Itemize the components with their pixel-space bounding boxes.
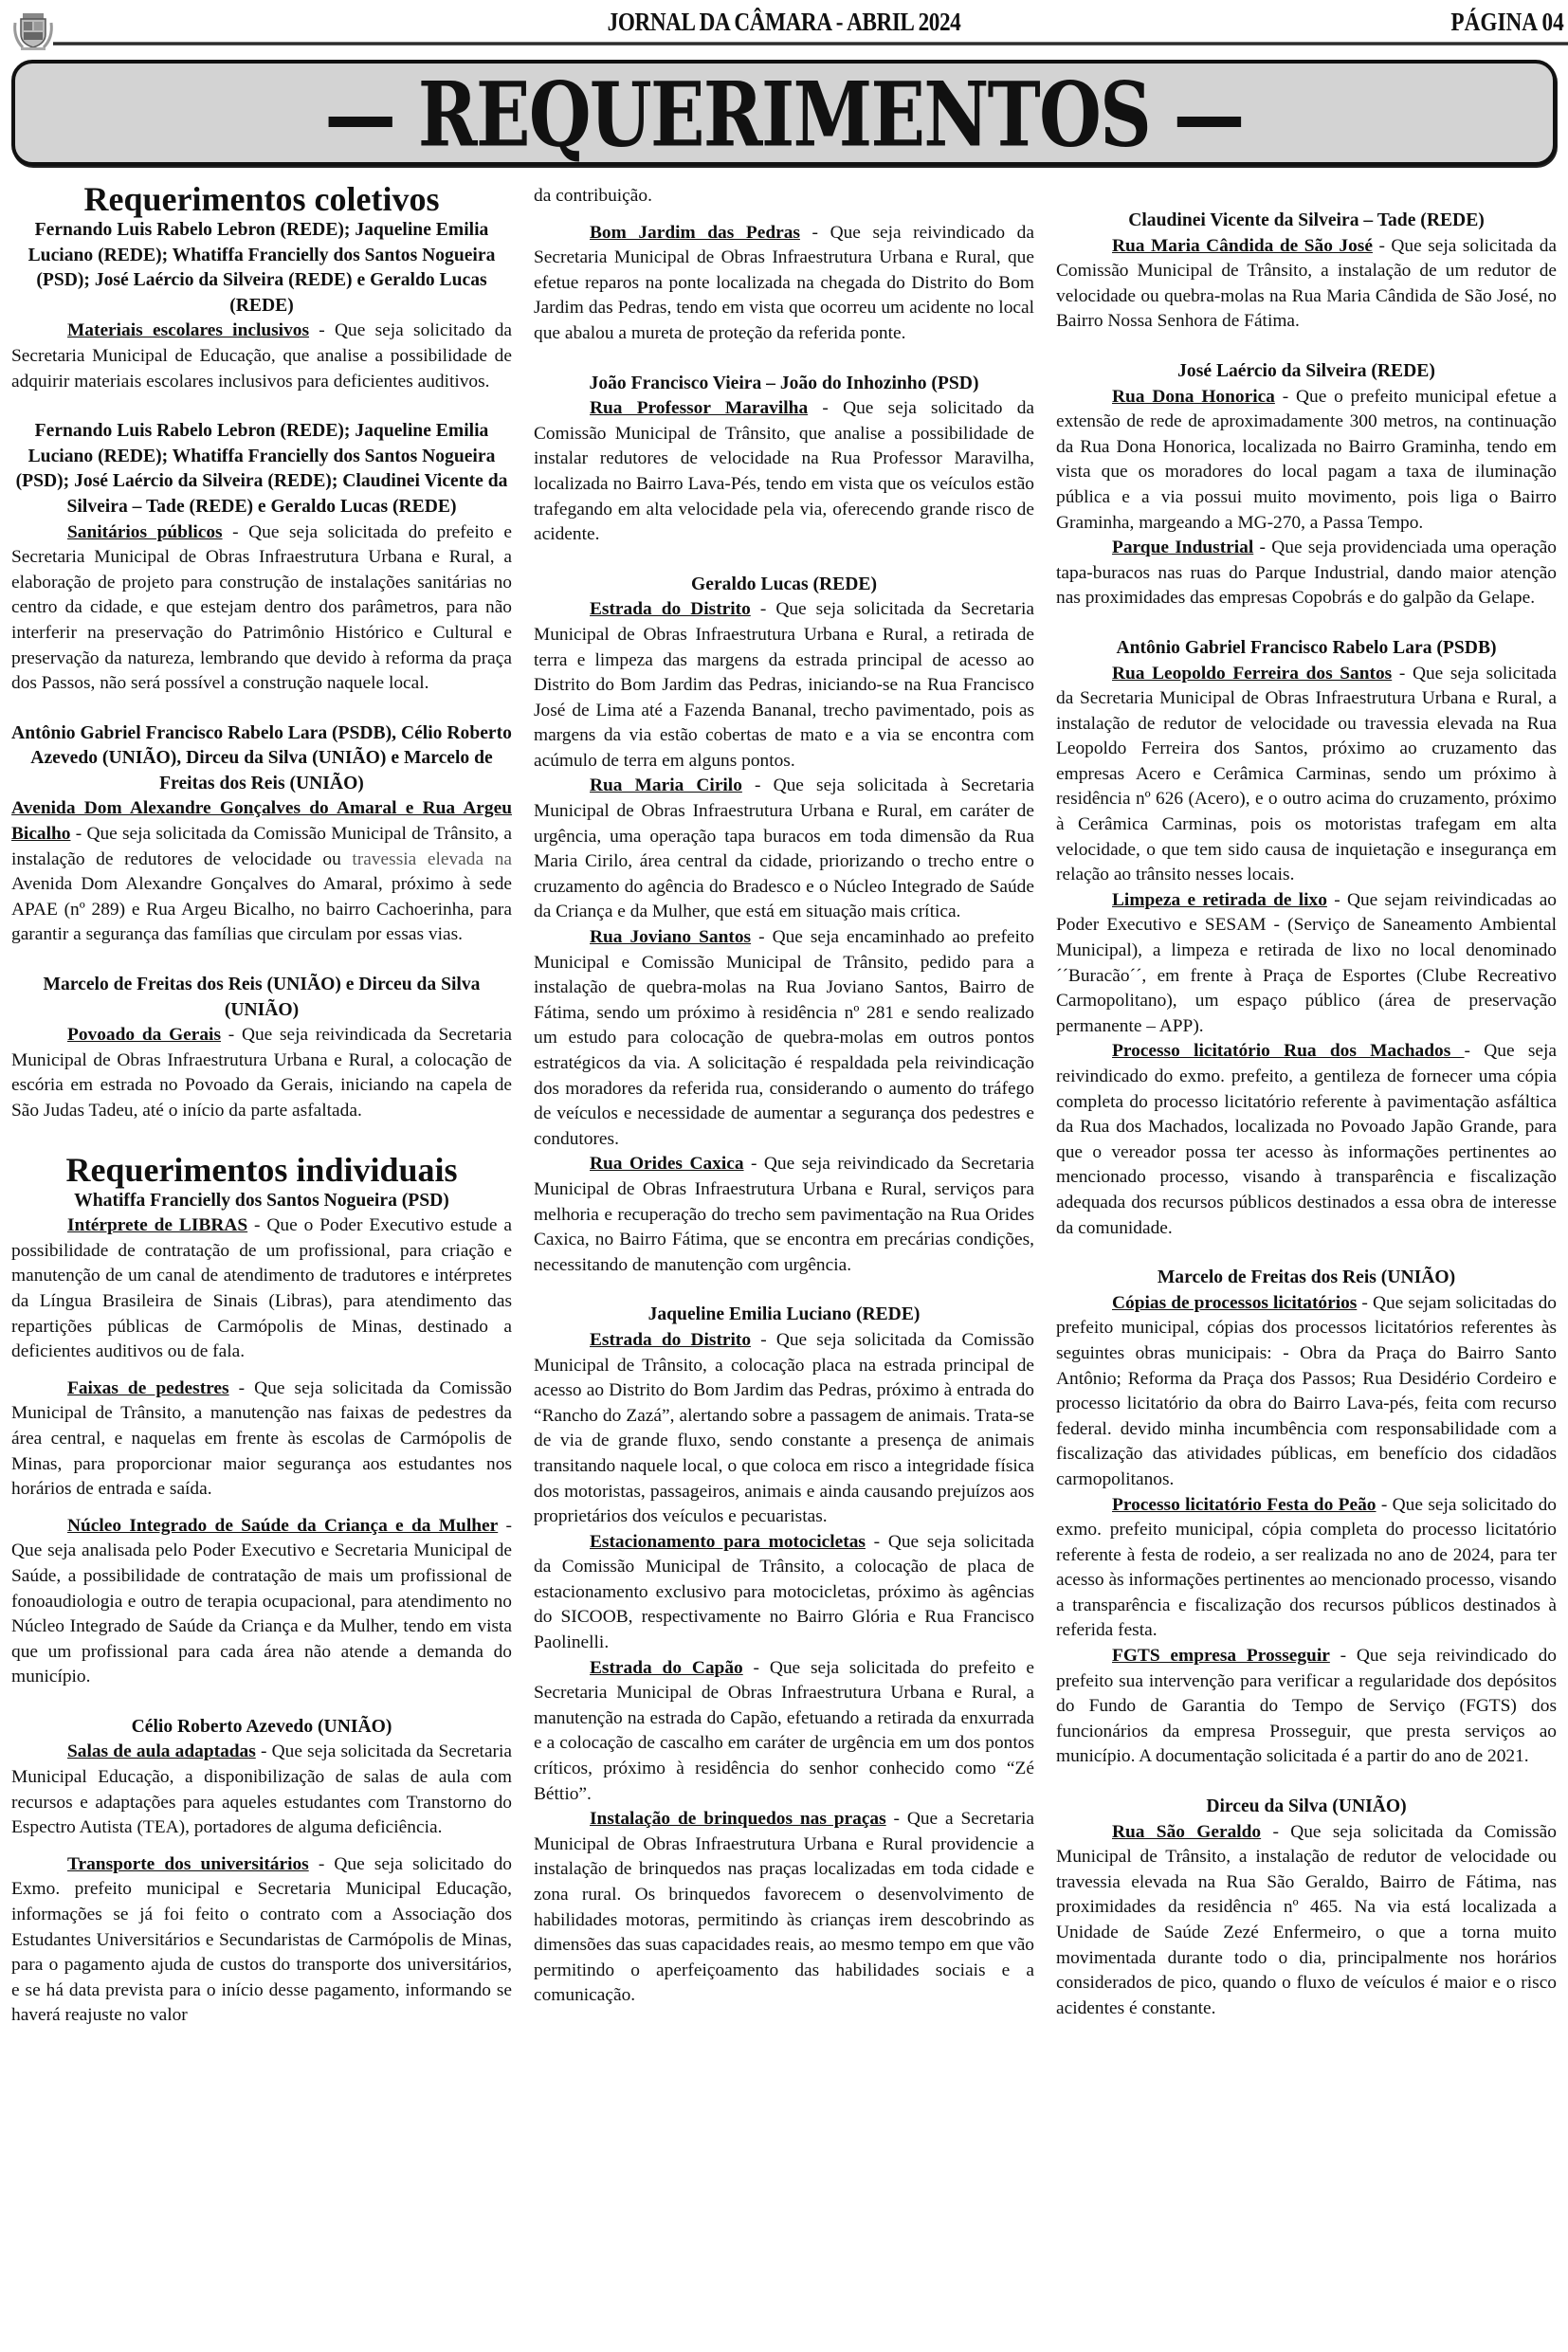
- request-item: Instalação de brinquedos nas praças - Qu…: [534, 1807, 1034, 2009]
- request-title: Núcleo Integrado de Saúde da Criança e d…: [67, 1516, 498, 1536]
- request-text: Avenida Dom Alexandre Gonçalves do Amara…: [11, 874, 512, 944]
- request-item: Limpeza e retirada de lixo - Que sejam r…: [1056, 888, 1557, 1040]
- request-text: - Que sejam reivindicadas ao Poder Execu…: [1056, 890, 1557, 1036]
- request-item: Estrada do Capão - Que seja solicitada d…: [534, 1656, 1034, 1808]
- request-title: Materiais escolares inclusivos: [67, 320, 309, 340]
- request-title: Cópias de processos licitatórios: [1112, 1293, 1357, 1313]
- request-text: travessia elevada na: [352, 849, 512, 869]
- request-item: Processo licitatório Rua dos Machados - …: [1056, 1039, 1557, 1241]
- request-text: - Que seja solicitado da Comissão Munici…: [534, 398, 1034, 544]
- request-item: Rua São Geraldo - Que seja solicitada da…: [1056, 1820, 1557, 2022]
- request-item: Materiais escolares inclusivos - Que sej…: [11, 319, 512, 394]
- request-text: - Que seja solicitada da Comissão Munici…: [534, 1330, 1034, 1526]
- request-item: Rua Leopoldo Ferreira dos Santos - Que s…: [1056, 662, 1557, 888]
- column-right: Claudinei Vicente da Silveira – Tade (RE…: [1056, 209, 1557, 2021]
- request-text: - Que sejam solicitadas do prefeito muni…: [1056, 1293, 1557, 1489]
- request-text: - Que o Poder Executivo estude a possibi…: [11, 1215, 512, 1361]
- request-text: - Que seja encaminhado ao prefeito Munic…: [534, 927, 1034, 1149]
- author-heading: Marcelo de Freitas dos Reis (UNIÃO) e Di…: [11, 973, 512, 1023]
- request-text: - Que seja solicitada da Comissão Munici…: [1056, 1822, 1557, 2018]
- banner-title: — REQUERIMENTOS —: [154, 64, 1414, 165]
- request-title: Rua Maria Cirilo: [590, 775, 742, 795]
- request-title: Sanitários públicos: [67, 522, 223, 542]
- coat-of-arms-icon: [11, 9, 55, 51]
- newspaper-title: JORNAL DA CÂMARA - ABRIL 2024: [110, 8, 1458, 37]
- request-title: Bom Jardim das Pedras: [590, 223, 800, 243]
- request-item: Rua Dona Honorica - Que o prefeito munic…: [1056, 385, 1557, 537]
- request-item: Estrada do Distrito - Que seja solicitad…: [534, 597, 1034, 774]
- author-heading: Claudinei Vicente da Silveira – Tade (RE…: [1056, 209, 1557, 234]
- request-text: - Que a Secretaria Municipal de Obras In…: [534, 1809, 1034, 2005]
- request-item: Processo licitatório Festa do Peão - Que…: [1056, 1493, 1557, 1645]
- author-heading: Geraldo Lucas (REDE): [534, 573, 1034, 598]
- request-title: Instalação de brinquedos nas praças: [590, 1809, 886, 1829]
- author-heading: Whatiffa Francielly dos Santos Nogueira …: [11, 1189, 512, 1214]
- author-heading: Fernando Luis Rabelo Lebron (REDE); Jaqu…: [11, 419, 512, 520]
- request-item: Cópias de processos licitatórios - Que s…: [1056, 1291, 1557, 1493]
- request-title: Faixas de pedestres: [67, 1378, 229, 1398]
- request-item: Povoado da Gerais - Que seja reivindicad…: [11, 1023, 512, 1123]
- column-left: Requerimentos coletivos Fernando Luis Ra…: [11, 178, 512, 2029]
- request-title: Estrada do Distrito: [590, 1330, 751, 1350]
- request-text: - Que seja solicitado do Exmo. prefeito …: [11, 1854, 512, 2026]
- request-title: Rua Leopoldo Ferreira dos Santos: [1112, 664, 1392, 684]
- request-title: FGTS empresa Prosseguir: [1112, 1646, 1330, 1666]
- request-item: Estrada do Distrito - Que seja solicitad…: [534, 1328, 1034, 1530]
- request-item: Estacionamento para motocicletas - Que s…: [534, 1530, 1034, 1656]
- request-text: - Que seja solicitada do prefeito e Secr…: [11, 522, 512, 694]
- request-text: - Que o prefeito municipal efetue a exte…: [1056, 387, 1557, 533]
- request-text: - Que seja analisada pelo Poder Executiv…: [11, 1516, 512, 1687]
- request-title: Processo licitatório Festa do Peão: [1112, 1495, 1376, 1515]
- request-item: Bom Jardim das Pedras - Que seja reivind…: [534, 221, 1034, 347]
- author-heading: Jaqueline Emilia Luciano (REDE): [534, 1303, 1034, 1328]
- request-item: Parque Industrial - Que seja providencia…: [1056, 536, 1557, 611]
- section-title-individuais: Requerimentos individuais: [11, 1151, 512, 1189]
- request-title: Estrada do Capão: [590, 1658, 743, 1678]
- request-title: Processo licitatório Rua dos Machados: [1112, 1041, 1465, 1061]
- author-heading: Antônio Gabriel Francisco Rabelo Lara (P…: [1056, 636, 1557, 662]
- request-item: Rua Joviano Santos - Que seja encaminhad…: [534, 925, 1034, 1152]
- continued-text: da contribuição.: [534, 184, 1034, 210]
- request-title: Parque Industrial: [1112, 538, 1253, 557]
- request-item: Rua Maria Cirilo - Que seja solicitada à…: [534, 774, 1034, 925]
- author-heading: Antônio Gabriel Francisco Rabelo Lara (P…: [11, 721, 512, 797]
- request-title: Transporte dos universitários: [67, 1854, 309, 1874]
- request-item: Transporte dos universitários - Que seja…: [11, 1852, 512, 2029]
- author-heading: José Laércio da Silveira (REDE): [1056, 359, 1557, 385]
- request-item: Núcleo Integrado de Saúde da Criança e d…: [11, 1514, 512, 1690]
- column-middle: da contribuição. Bom Jardim das Pedras -…: [534, 184, 1034, 2009]
- request-text: - Que seja reivindicado do exmo. prefeit…: [1056, 1041, 1557, 1237]
- request-title: Rua Dona Honorica: [1112, 387, 1275, 407]
- author-heading: João Francisco Vieira – João do Inhozinh…: [534, 372, 1034, 397]
- request-title: Limpeza e retirada de lixo: [1112, 890, 1327, 910]
- request-text: - Que seja solicitada da Secretaria Muni…: [1056, 664, 1557, 885]
- request-text: - Que seja solicitado do exmo. prefeito …: [1056, 1495, 1557, 1641]
- author-heading: Célio Roberto Azevedo (UNIÃO): [11, 1715, 512, 1741]
- request-title: Rua São Geraldo: [1112, 1822, 1261, 1842]
- request-item: Rua Maria Cândida de São José - Que seja…: [1056, 234, 1557, 335]
- request-item: Sanitários públicos - Que seja solicitad…: [11, 520, 512, 697]
- request-text: - Que seja solicitada à Secretaria Munic…: [534, 775, 1034, 921]
- request-item: Rua Orides Caxica - Que seja reivindicad…: [534, 1152, 1034, 1278]
- author-heading: Dirceu da Silva (UNIÃO): [1056, 1795, 1557, 1820]
- request-title: Salas de aula adaptadas: [67, 1741, 256, 1761]
- section-title-coletivos: Requerimentos coletivos: [11, 180, 512, 218]
- request-item: Rua Professor Maravilha - Que seja solic…: [534, 396, 1034, 548]
- request-title: Intérprete de LIBRAS: [67, 1215, 247, 1235]
- request-title: Rua Professor Maravilha: [590, 398, 808, 418]
- request-title: Estacionamento para motocicletas: [590, 1532, 866, 1552]
- request-item: Salas de aula adaptadas - Que seja solic…: [11, 1740, 512, 1840]
- request-text: - Que seja solicitada da Secretaria Muni…: [534, 599, 1034, 771]
- request-text: - Que seja solicitada do prefeito e Secr…: [534, 1658, 1034, 1804]
- request-item: Avenida Dom Alexandre Gonçalves do Amara…: [11, 796, 512, 948]
- request-title: Povoado da Gerais: [67, 1025, 221, 1045]
- masthead: JORNAL DA CÂMARA - ABRIL 2024 PÁGINA 04: [0, 0, 1568, 55]
- request-title: Rua Joviano Santos: [590, 927, 751, 947]
- request-title: Rua Maria Cândida de São José: [1112, 236, 1373, 256]
- section-banner: — REQUERIMENTOS —: [11, 60, 1557, 166]
- author-heading: Marcelo de Freitas dos Reis (UNIÃO): [1056, 1266, 1557, 1291]
- request-item: Faixas de pedestres - Que seja solicitad…: [11, 1377, 512, 1503]
- page-number: PÁGINA 04: [1451, 8, 1564, 37]
- header-rule: [53, 42, 1568, 46]
- request-item: FGTS empresa Prosseguir - Que seja reivi…: [1056, 1644, 1557, 1770]
- request-title: Estrada do Distrito: [590, 599, 751, 619]
- request-item: Intérprete de LIBRAS - Que o Poder Execu…: [11, 1213, 512, 1365]
- request-title: Rua Orides Caxica: [590, 1154, 744, 1174]
- author-heading: Fernando Luis Rabelo Lebron (REDE); Jaqu…: [11, 218, 512, 319]
